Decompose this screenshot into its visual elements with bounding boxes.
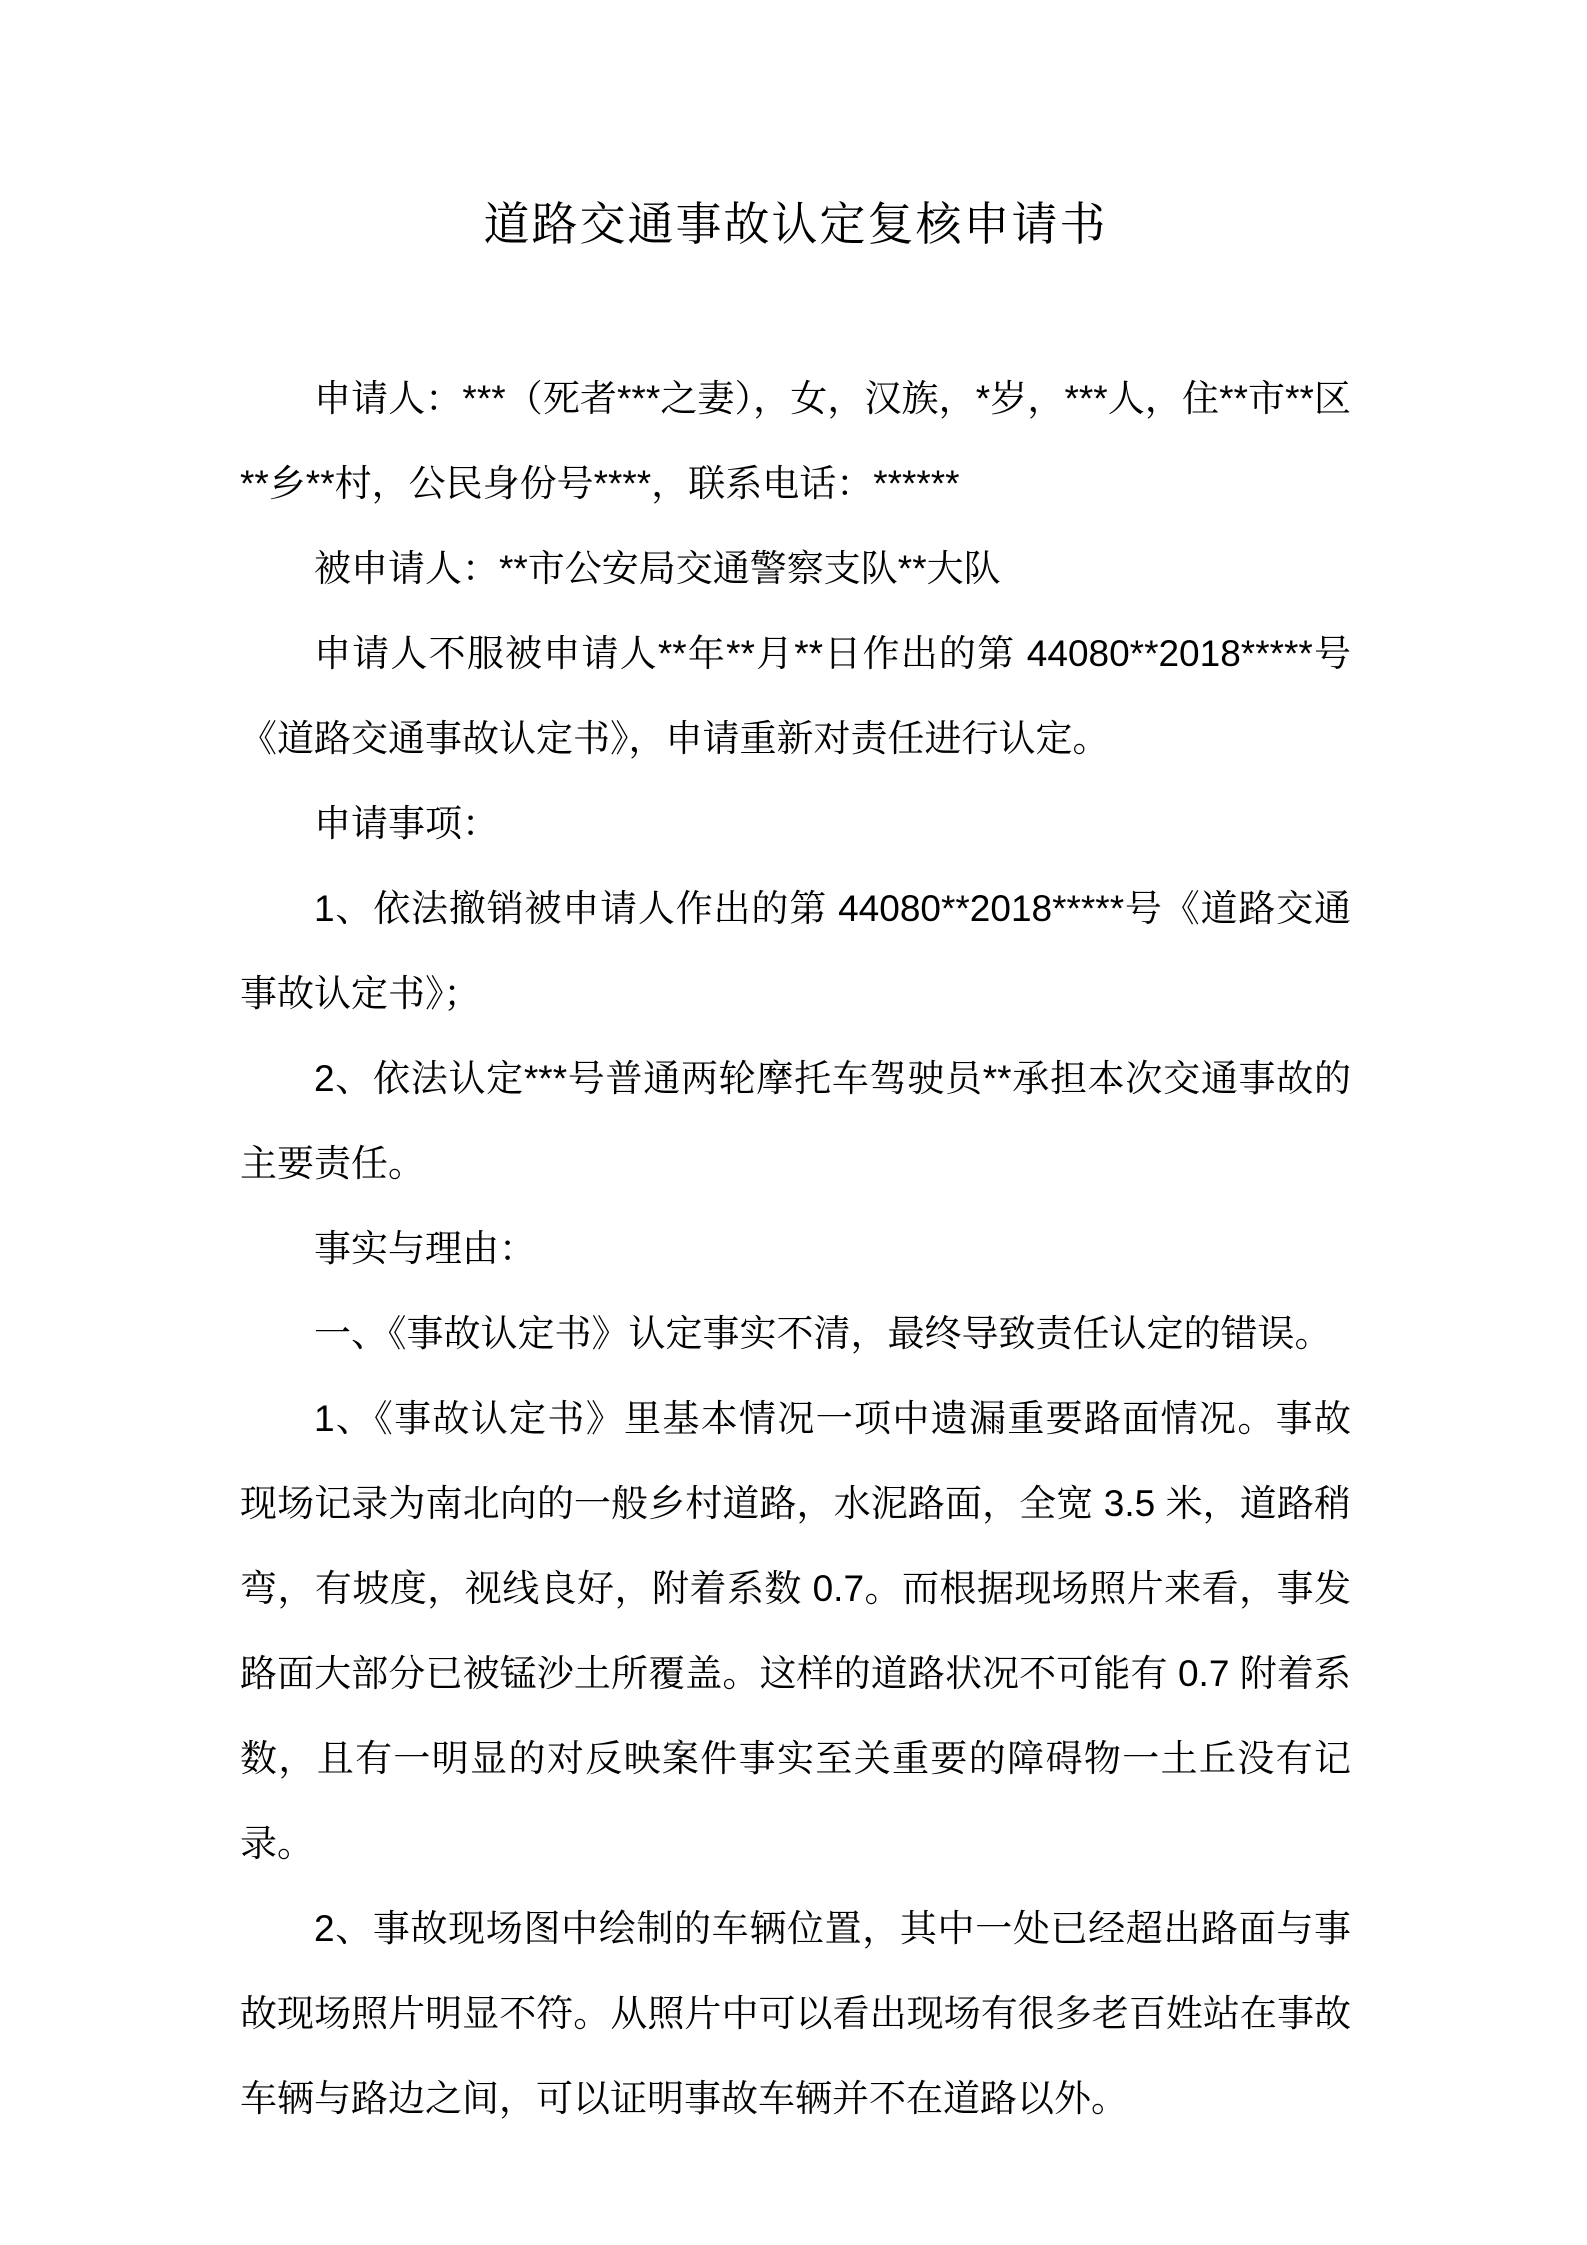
paragraph-facts-point-one: 一、《事故认定书》认定事实不清，最终导致责任认定的错误。 — [240, 1291, 1351, 1376]
document-page: 道路交通事故认定复核申请书 申请人：***（死者***之妻），女，汉族，*岁，*… — [0, 0, 1587, 2245]
paragraph-facts-detail-1: 1、《事故认定书》里基本情况一项中遗漏重要路面情况。事故现场记录为南北向的一般乡… — [240, 1376, 1351, 1886]
paragraph-dispute-statement: 申请人不服被申请人**年**月**日作出的第 44080**2018*****号… — [240, 611, 1351, 781]
document-title: 道路交通事故认定复核申请书 — [240, 192, 1351, 256]
document-body: 申请人：***（死者***之妻），女，汉族，*岁，***人，住**市**区**乡… — [240, 356, 1351, 2141]
paragraph-facts-heading: 事实与理由： — [240, 1206, 1351, 1291]
paragraph-respondent: 被申请人：**市公安局交通警察支队**大队 — [240, 526, 1351, 611]
paragraph-facts-detail-2: 2、事故现场图中绘制的车辆位置，其中一处已经超出路面与事故现场照片明显不符。从照… — [240, 1886, 1351, 2141]
paragraph-request-item-2: 2、依法认定***号普通两轮摩托车驾驶员**承担本次交通事故的主要责任。 — [240, 1036, 1351, 1206]
paragraph-applicant: 申请人：***（死者***之妻），女，汉族，*岁，***人，住**市**区**乡… — [240, 356, 1351, 526]
paragraph-request-item-1: 1、依法撤销被申请人作出的第 44080**2018*****号《道路交通事故认… — [240, 866, 1351, 1036]
paragraph-request-heading: 申请事项： — [240, 781, 1351, 866]
